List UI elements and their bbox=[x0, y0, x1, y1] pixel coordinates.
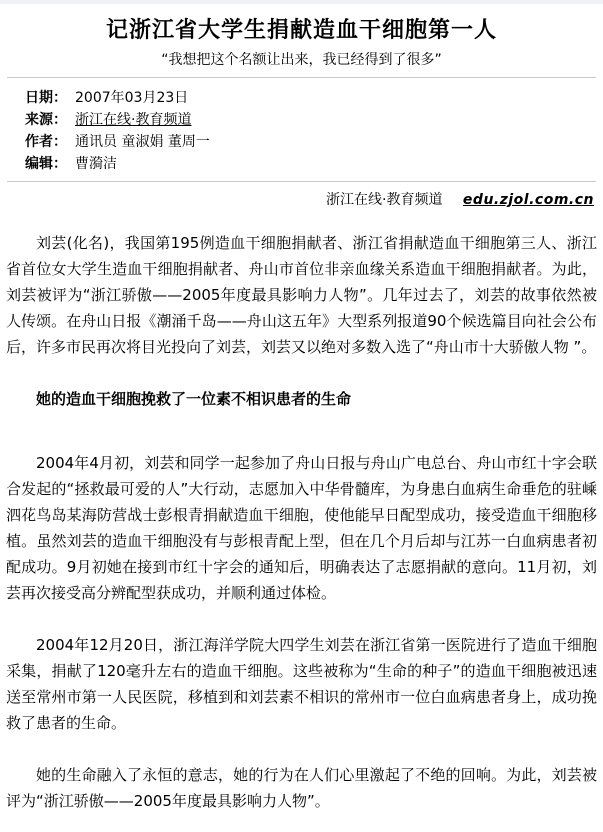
source-label: 来源： bbox=[25, 109, 69, 131]
channel-url-link[interactable]: edu.zjol.com.cn bbox=[463, 192, 594, 208]
meta-row-author: 作者： 通讯员 童淑娟 董周一 bbox=[25, 131, 603, 153]
date-label: 日期： bbox=[25, 87, 69, 109]
meta-row-source: 来源： 浙江在线·教育频道 bbox=[25, 109, 603, 131]
paragraph-2: 2004年4月初，刘芸和同学一起参加了舟山日报与舟山广电总台、舟山市红十字会联合… bbox=[6, 450, 597, 606]
meta-row-date: 日期： 2007年03月23日 bbox=[25, 87, 603, 109]
source-link[interactable]: 浙江在线·教育频道 bbox=[75, 112, 191, 128]
channel-name: 浙江在线·教育频道 bbox=[326, 192, 442, 208]
paragraph-1: 刘芸(化名)，我国第195例造血干细胞捐献者、浙江省捐献造血干细胞第三人、浙江省… bbox=[6, 230, 597, 360]
author-value: 通讯员 童淑娟 董周一 bbox=[75, 131, 210, 153]
editor-value: 曹漪洁 bbox=[75, 153, 117, 175]
article-meta: 日期： 2007年03月23日 来源： 浙江在线·教育频道 作者： 通讯员 童淑… bbox=[0, 78, 603, 181]
paragraph-4: 她的生命融入了永恒的意志，她的行为在人们心里激起了不绝的回响。为此，刘芸被评为“… bbox=[6, 762, 597, 814]
section-heading: 她的造血干细胞挽救了一位素不相识患者的生命 bbox=[6, 386, 597, 412]
article-subtitle: “我想把这个名额让出来，我已经得到了很多” bbox=[10, 49, 593, 69]
editor-label: 编辑： bbox=[25, 153, 69, 175]
channel-bar: 浙江在线·教育频道 edu.zjol.com.cn bbox=[0, 182, 603, 218]
author-label: 作者： bbox=[25, 131, 69, 153]
article-body: 刘芸(化名)，我国第195例造血干细胞捐献者、浙江省捐献造血干细胞第三人、浙江省… bbox=[0, 218, 603, 832]
paragraph-3: 2004年12月20日，浙江海洋学院大四学生刘芸在浙江省第一医院进行了造血干细胞… bbox=[6, 632, 597, 736]
date-value: 2007年03月23日 bbox=[75, 87, 188, 109]
meta-row-editor: 编辑： 曹漪洁 bbox=[25, 153, 603, 175]
top-border bbox=[0, 0, 603, 4]
article-title: 记浙江省大学生捐献造血干细胞第一人 bbox=[10, 13, 593, 44]
